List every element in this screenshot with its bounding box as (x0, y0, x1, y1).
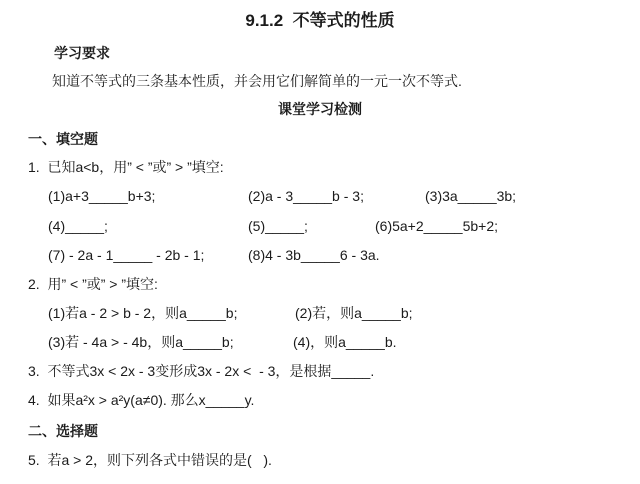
q2-item-4: (4)，则a_____b. (293, 334, 397, 350)
q1-item-3: (3)3a_____3b; (425, 188, 516, 204)
question-2-row-1: (1)若a - 2 > b - 2，则a_____b; (2)若，则a_____… (0, 305, 640, 322)
learning-requirements-heading: 学习要求 (54, 45, 110, 61)
question-2-row-2: (3)若 - 4a > - 4b，则a_____b; (4)，则a_____b. (0, 334, 640, 351)
worksheet-page: 9.1.2 不等式的性质 学习要求 知道不等式的三条基本性质，并会用它们解简单的… (0, 0, 640, 484)
q2-item-3: (3)若 - 4a > - 4b，则a_____b; (48, 334, 234, 350)
section-fill-in-heading: 一、填空题 (28, 131, 98, 147)
question-5: 5. 若a > 2，则下列各式中错误的是( ). (28, 452, 272, 468)
q1-item-8: (8)4 - 3b_____6 - 3a. (248, 247, 380, 263)
q2-item-2: (2)若，则a_____b; (295, 305, 413, 321)
q1-item-5: (5)_____; (248, 218, 308, 234)
learning-requirements-body: 知道不等式的三条基本性质，并会用它们解简单的一元一次不等式. (52, 73, 462, 89)
question-4: 4. 如果a²x > a²y(a≠0). 那么x_____y. (28, 392, 254, 408)
question-3: 3. 不等式3x < 2x - 3变形成3x - 2x < - 3，是根据___… (28, 363, 374, 379)
doc-title: 9.1.2 不等式的性质 (0, 13, 640, 29)
question-1-row-1: (1)a+3_____b+3; (2)a - 3_____b - 3; (3)3… (0, 188, 640, 205)
class-check-heading: 课堂学习检测 (0, 101, 640, 117)
q1-item-7: (7) - 2a - 1_____ - 2b - 1; (48, 247, 204, 263)
question-1-row-2: (4)_____; (5)_____; (6)5a+2_____5b+2; (0, 218, 640, 235)
question-2-stem: 2. 用” < ”或” > ”填空: (28, 276, 158, 292)
question-1-stem: 1. 已知a<b，用” < ”或” > ”填空: (28, 159, 224, 175)
question-1-row-3: (7) - 2a - 1_____ - 2b - 1; (8)4 - 3b___… (0, 247, 640, 264)
q1-item-6: (6)5a+2_____5b+2; (375, 218, 498, 234)
q1-item-4: (4)_____; (48, 218, 108, 234)
q2-item-1: (1)若a - 2 > b - 2，则a_____b; (48, 305, 238, 321)
section-choice-heading: 二、选择题 (28, 423, 98, 439)
q1-item-2: (2)a - 3_____b - 3; (248, 188, 364, 204)
q1-item-1: (1)a+3_____b+3; (48, 188, 155, 204)
